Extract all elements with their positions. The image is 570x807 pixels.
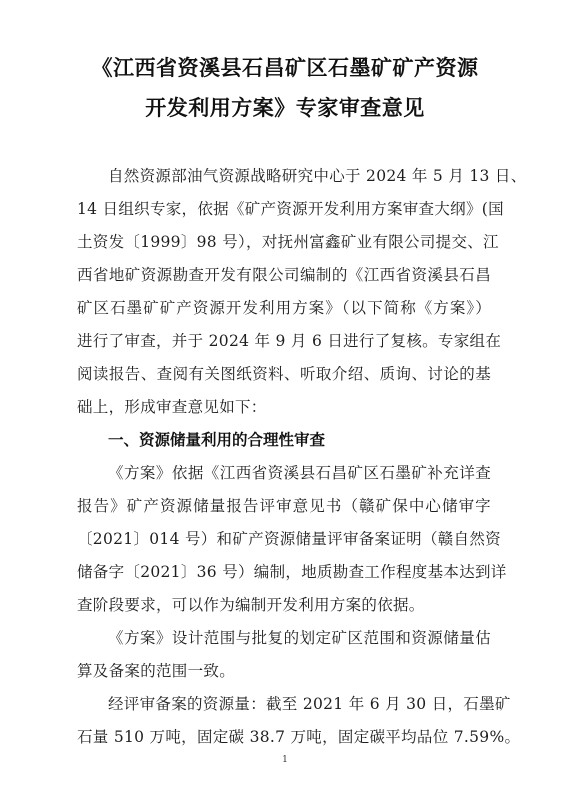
text-line: 储备字〔2021〕36 号）编制，地质勘查工作程度基本达到详 <box>77 556 491 589</box>
text-line: 础上，形成审查意见如下： <box>77 391 491 424</box>
paragraph-basis: 《方案》依据《江西省资溪县石昌矿区石墨矿补充详查 报告》矿产资源储量报告评审意见… <box>77 457 491 622</box>
text-line: 自然资源部油气资源战略研究中心于 2024 年 5 月 13 日、 <box>77 160 491 193</box>
text-line: 算及备案的范围一致。 <box>77 655 491 688</box>
text-line: 查阶段要求，可以作为编制开发利用方案的依据。 <box>77 589 491 622</box>
text-line: 石量 510 万吨，固定碳 38.7 万吨，固定碳平均品位 7.59%。 <box>77 721 491 754</box>
text-line: 矿区石墨矿矿产资源开发利用方案》（以下简称《方案》） <box>77 292 491 325</box>
text-line: 〔2021〕014 号）和矿产资源储量评审备案证明（赣自然资 <box>77 523 491 556</box>
page-number: 1 <box>0 755 570 765</box>
text-line: 阅读报告、查阅有关图纸资料、听取介绍、质询、讨论的基 <box>77 358 491 391</box>
text-line: 报告》矿产资源储量报告评审意见书（赣矿保中心储审字 <box>77 490 491 523</box>
paragraph-intro: 自然资源部油气资源战略研究中心于 2024 年 5 月 13 日、 14 日组织… <box>77 160 491 424</box>
document-title-line-1: 《江西省资溪县石昌矿区石墨矿矿产资源 <box>0 56 570 80</box>
document-page: 《江西省资溪县石昌矿区石墨矿矿产资源 开发利用方案》专家审查意见 自然资源部油气… <box>0 0 570 807</box>
document-title-line-2: 开发利用方案》专家审查意见 <box>0 96 570 120</box>
text-line: 经评审备案的资源量：截至 2021 年 6 月 30 日，石墨矿 <box>77 688 491 721</box>
document-body: 自然资源部油气资源战略研究中心于 2024 年 5 月 13 日、 14 日组织… <box>77 160 491 754</box>
text-line: 土资发〔1999〕98 号），对抚州富鑫矿业有限公司提交、江 <box>77 226 491 259</box>
paragraph-scope: 《方案》设计范围与批复的划定矿区范围和资源储量估 算及备案的范围一致。 <box>77 622 491 688</box>
section-heading: 一、资源储量利用的合理性审查 <box>77 424 491 457</box>
text-line: 《方案》设计范围与批复的划定矿区范围和资源储量估 <box>77 622 491 655</box>
text-line: 《方案》依据《江西省资溪县石昌矿区石墨矿补充详查 <box>77 457 491 490</box>
text-line: 14 日组织专家，依据《矿产资源开发利用方案审查大纲》(国 <box>77 193 491 226</box>
text-line: 进行了审查，并于 2024 年 9 月 6 日进行了复核。专家组在 <box>77 325 491 358</box>
text-line: 西省地矿资源勘查开发有限公司编制的《江西省资溪县石昌 <box>77 259 491 292</box>
paragraph-resources: 经评审备案的资源量：截至 2021 年 6 月 30 日，石墨矿 石量 510 … <box>77 688 491 754</box>
